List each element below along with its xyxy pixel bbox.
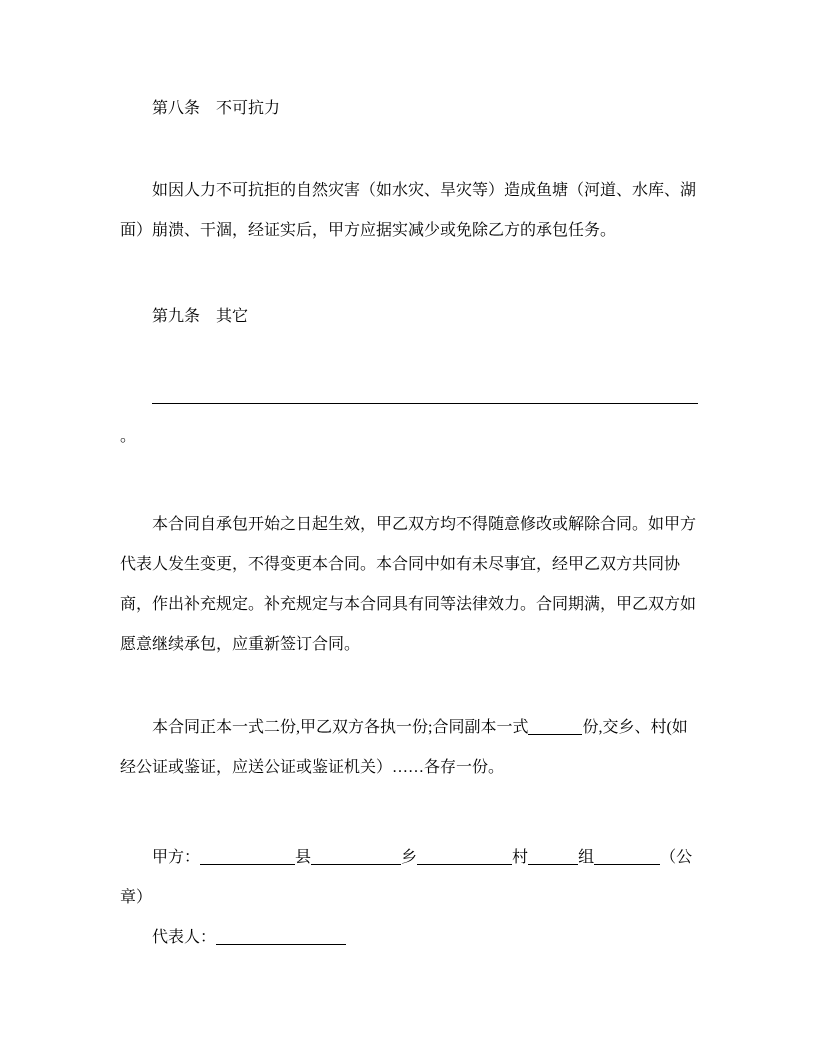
article-9-period: 。 <box>120 428 136 445</box>
effectiveness-clause: 本合同自承包开始之日起生效，甲乙双方均不得随意修改或解除合同。如甲方代表人发生变… <box>120 505 702 665</box>
article-9-blank-paragraph: 。 <box>120 377 702 457</box>
party-a-township-label: 乡 <box>401 849 417 866</box>
party-a-group-blank[interactable] <box>528 850 578 865</box>
article-9-heading: 第九条 其它 <box>120 297 702 337</box>
copies-clause-before-blank: 本合同正本一式二份,甲乙双方各执一份;合同副本一式 <box>152 719 528 736</box>
contract-document-page: 第八条 不可抗力 如因人力不可抗拒的自然灾害（如水灾、旱灾等）造成鱼塘（河道、水… <box>0 0 816 1056</box>
article-9-heading-text: 第九条 其它 <box>152 308 248 325</box>
party-a-township-blank[interactable] <box>311 850 401 865</box>
party-a-county-blank[interactable] <box>200 850 295 865</box>
article-9-fill-in-blank[interactable] <box>152 389 698 404</box>
party-a-county-label: 县 <box>295 849 311 866</box>
party-a-label: 甲方： <box>152 849 200 866</box>
representative-name-blank[interactable] <box>216 930 346 945</box>
party-a-group-label: 组 <box>578 849 594 866</box>
copies-count-blank[interactable] <box>528 720 582 735</box>
representative-signature-line: 代表人： <box>120 918 702 958</box>
party-a-village-blank[interactable] <box>417 850 512 865</box>
party-a-signature-line: 甲方：县乡村组（公章） <box>120 838 702 918</box>
representative-label: 代表人： <box>152 929 216 946</box>
copies-clause: 本合同正本一式二份,甲乙双方各执一份;合同副本一式份,交乡、村(如经公证或鉴证，… <box>120 708 702 788</box>
effectiveness-clause-text: 本合同自承包开始之日起生效，甲乙双方均不得随意修改或解除合同。如甲方代表人发生变… <box>120 516 696 653</box>
party-a-village-label: 村 <box>512 849 528 866</box>
article-8-heading-text: 第八条 不可抗力 <box>152 100 280 117</box>
article-8-body: 如因人力不可抗拒的自然灾害（如水灾、旱灾等）造成鱼塘（河道、水库、湖面）崩溃、干… <box>120 171 702 251</box>
article-8-body-text: 如因人力不可抗拒的自然灾害（如水灾、旱灾等）造成鱼塘（河道、水库、湖面）崩溃、干… <box>120 182 696 239</box>
party-a-extra-blank[interactable] <box>594 850 660 865</box>
article-8-heading: 第八条 不可抗力 <box>120 89 702 129</box>
